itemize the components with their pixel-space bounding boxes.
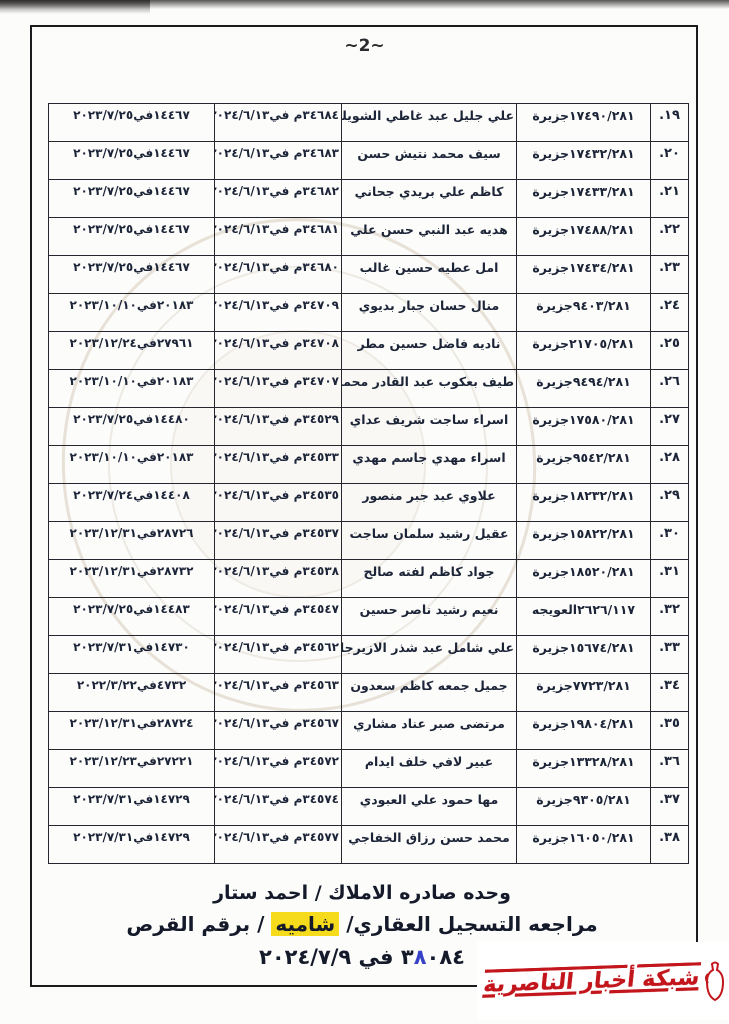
cell-row-number: ٣٠.	[651, 522, 689, 560]
cell-owner-name: نعيم رشيد ناصر حسين	[342, 598, 517, 636]
disc-number-date: في ٢٠٢٤/٧/٩	[259, 945, 401, 969]
registry-review-line: مراجعه التسجيل العقاري/ شاميه / برقم الق…	[30, 912, 694, 936]
cell-owner-name: هديه عبد النبي حسن علي	[342, 218, 517, 256]
scanned-document-page: ~2~ ١٩. ١٧٤٩٠/٢٨١جزيرة علي جليل عبد غاطي…	[0, 0, 729, 1024]
cell-property-number: ٩٤٩٤/٢٨١جزيرة	[517, 370, 651, 408]
cell-reference-number-date: ٢٧٢٢١في٢٠٢٣/١٢/٢٣	[49, 750, 215, 788]
cell-reference-number-date: ١٤٤٦٧في٢٠٢٣/٧/٢٥	[49, 104, 215, 142]
cell-owner-name: كاظم علي بريدي جحاني	[342, 180, 517, 218]
cell-registration-number-date: ٣٤٥٧٧م في٢٠٢٤/٦/١٣	[215, 826, 342, 864]
cell-reference-number-date: ١٤٤٠٨في٢٠٢٣/٧/٢٤	[49, 484, 215, 522]
cell-owner-name: اسراء ساجت شريف عداي	[342, 408, 517, 446]
cell-owner-name: طيف بعكوب عبد القادر محمد	[342, 370, 517, 408]
review-line-suffix: / برقم القرص	[126, 912, 271, 936]
cell-property-number: ١٦٠٥٠/٢٨١جزيرة	[517, 826, 651, 864]
cell-row-number: ٢٣.	[651, 256, 689, 294]
cell-row-number: ٢٦.	[651, 370, 689, 408]
table-row: ٣٨. ١٦٠٥٠/٢٨١جزيرة محمد حسن رزاق الخفاجي…	[49, 826, 689, 864]
cell-row-number: ٣٤.	[651, 674, 689, 712]
cell-owner-name: منال حسان جبار بديوي	[342, 294, 517, 332]
cell-registration-number-date: ٣٤٥٣٧م في٢٠٢٤/٦/١٣	[215, 522, 342, 560]
cell-row-number: ٣٢.	[651, 598, 689, 636]
cell-registration-number-date: ٣٤٥٧٢م في٢٠٢٤/٦/١٣	[215, 750, 342, 788]
table-row: ٣٧. ٩٣٠٥/٢٨١جزيرة مها حمود علي العبودي ٣…	[49, 788, 689, 826]
cell-registration-number-date: ٣٤٥٣٣م في٢٠٢٤/٦/١٣	[215, 446, 342, 484]
table-row: ١٩. ١٧٤٩٠/٢٨١جزيرة علي جليل عبد غاطي الش…	[49, 104, 689, 142]
cell-property-number: ٩٣٠٥/٢٨١جزيرة	[517, 788, 651, 826]
table-row: ٣٢. ٢٦٢٦/١١٧العويجه نعيم رشيد ناصر حسين …	[49, 598, 689, 636]
cell-property-number: ١٧٤٣٤/٢٨١جزيرة	[517, 256, 651, 294]
table-row: ٣٥. ١٩٨٠٤/٢٨١جزيرة مرتضى صبر عناد مشاري …	[49, 712, 689, 750]
cell-reference-number-date: ١٤٧٣٠في٢٠٢٣/٧/٣١	[49, 636, 215, 674]
cell-registration-number-date: ٣٤٧٠٧م في٢٠٢٤/٦/١٣	[215, 370, 342, 408]
cell-owner-name: عقيل رشيد سلمان ساجت	[342, 522, 517, 560]
cell-property-number: ١٥٦٧٤/٢٨١جزيرة	[517, 636, 651, 674]
cell-registration-number-date: ٣٤٧٠٩م في٢٠٢٤/٦/١٣	[215, 294, 342, 332]
cell-reference-number-date: ١٤٧٢٩في٢٠٢٣/٧/٣١	[49, 826, 215, 864]
cell-property-number: ١٨٢٣٢/٢٨١جزيرة	[517, 484, 651, 522]
cell-row-number: ٣٣.	[651, 636, 689, 674]
cell-row-number: ٣٧.	[651, 788, 689, 826]
cell-reference-number-date: ٢٠١٨٣في٢٠٢٣/١٠/١٠	[49, 370, 215, 408]
cell-owner-name: علي شامل عبد شذر الازيرجاوي	[342, 636, 517, 674]
cell-property-number: ١٧٥٨٠/٢٨١جزيرة	[517, 408, 651, 446]
cell-registration-number-date: ٣٤٥٦٣م في٢٠٢٤/٦/١٣	[215, 674, 342, 712]
cell-row-number: ٢١.	[651, 180, 689, 218]
cell-reference-number-date: ١٤٤٦٧في٢٠٢٣/٧/٢٥	[49, 180, 215, 218]
cell-owner-name: مرتضى صبر عناد مشاري	[342, 712, 517, 750]
page-number: ~2~	[0, 36, 729, 56]
cell-property-number: ٩٥٤٢/٢٨١جزيرة	[517, 446, 651, 484]
issuing-unit-line: وحده صادره الاملاك / احمد ستار	[30, 882, 694, 904]
cell-owner-name: محمد حسن رزاق الخفاجي	[342, 826, 517, 864]
table-row: ٢٩. ١٨٢٣٢/٢٨١جزيرة علاوي عبد جبر منصور ٣…	[49, 484, 689, 522]
cell-row-number: ٢٢.	[651, 218, 689, 256]
cell-registration-number-date: ٣٤٧٠٨م في٢٠٢٤/٦/١٣	[215, 332, 342, 370]
cell-reference-number-date: ٢٠١٨٣في٢٠٢٣/١٠/١٠	[49, 294, 215, 332]
cell-property-number: ١٧٤٣٣/٢٨١جزيرة	[517, 180, 651, 218]
property-records-table: ١٩. ١٧٤٩٠/٢٨١جزيرة علي جليل عبد غاطي الش…	[48, 103, 689, 864]
table-row: ٣٣. ١٥٦٧٤/٢٨١جزيرة علي شامل عبد شذر الاز…	[49, 636, 689, 674]
cell-reference-number-date: ٤٧٣٢في٢٠٢٢/٣/٢٢	[49, 674, 215, 712]
cell-property-number: ١٧٤٣٢/٢٨١جزيرة	[517, 142, 651, 180]
cell-registration-number-date: ٣٤٥٦٢م في٢٠٢٤/٦/١٣	[215, 636, 342, 674]
review-line-highlighted-word: شاميه	[271, 912, 339, 936]
table-row: ٣٠. ١٥٨٢٢/٢٨١جزيرة عقيل رشيد سلمان ساجت …	[49, 522, 689, 560]
cell-owner-name: علي جليل عبد غاطي الشويلي	[342, 104, 517, 142]
disc-number-end: ٠٨٤	[427, 945, 465, 969]
records-table-body: ١٩. ١٧٤٩٠/٢٨١جزيرة علي جليل عبد غاطي الش…	[49, 104, 689, 864]
cell-registration-number-date: ٣٤٦٨٠م في٢٠٢٤/٦/١٣	[215, 256, 342, 294]
cell-owner-name: امل عطيه حسين غالب	[342, 256, 517, 294]
cell-registration-number-date: ٣٤٥٧٤م في٢٠٢٤/٦/١٣	[215, 788, 342, 826]
cell-reference-number-date: ١٤٤٨٠في٢٠٢٣/٧/٢٥	[49, 408, 215, 446]
cell-registration-number-date: ٣٤٥٦٧م في٢٠٢٤/٦/١٣	[215, 712, 342, 750]
disc-number-start: ٣	[401, 945, 414, 969]
cell-reference-number-date: ١٤٤٦٧في٢٠٢٣/٧/٢٥	[49, 142, 215, 180]
cell-property-number: ٧٧٢٣/٢٨١جزيرة	[517, 674, 651, 712]
cell-row-number: ٣٨.	[651, 826, 689, 864]
table-row: ٣١. ١٨٥٢٠/٢٨١جزيرة جواد كاظم لفته صالح ٣…	[49, 560, 689, 598]
table-row: ٢٤. ٩٤٠٣/٢٨١جزيرة منال حسان جبار بديوي ٣…	[49, 294, 689, 332]
cell-reference-number-date: ١٤٤٨٣في٢٠٢٣/٧/٢٥	[49, 598, 215, 636]
cell-owner-name: ناديه فاضل حسين مطر	[342, 332, 517, 370]
cell-property-number: ١٣٣٢٨/٢٨١جزيرة	[517, 750, 651, 788]
table-row: ٢٠. ١٧٤٣٢/٢٨١جزيرة سيف محمد نتيش حسن ٣٤٦…	[49, 142, 689, 180]
cell-property-number: ٢١٧٠٥/٢٨١جزيرة	[517, 332, 651, 370]
table-row: ٢٥. ٢١٧٠٥/٢٨١جزيرة ناديه فاضل حسين مطر ٣…	[49, 332, 689, 370]
cell-row-number: ٢٨.	[651, 446, 689, 484]
cell-reference-number-date: ١٤٤٦٧في٢٠٢٣/٧/٢٥	[49, 256, 215, 294]
cell-registration-number-date: ٣٤٦٨١م في٢٠٢٤/٦/١٣	[215, 218, 342, 256]
cell-owner-name: عبير لافي خلف ايدام	[342, 750, 517, 788]
cell-registration-number-date: ٣٤٦٨٣م في٢٠٢٤/٦/١٣	[215, 142, 342, 180]
cell-registration-number-date: ٣٤٥٣٨م في٢٠٢٤/٦/١٣	[215, 560, 342, 598]
disc-number-blue-digit: ٨	[414, 945, 427, 969]
cell-property-number: ٩٤٠٣/٢٨١جزيرة	[517, 294, 651, 332]
cell-property-number: ١٧٤٨٨/٢٨١جزيرة	[517, 218, 651, 256]
scan-corner-artifact	[0, 0, 150, 14]
table-row: ٣٦. ١٣٣٢٨/٢٨١جزيرة عبير لافي خلف ايدام ٣…	[49, 750, 689, 788]
cell-owner-name: اسراء مهدي جاسم مهدي	[342, 446, 517, 484]
cell-reference-number-date: ٢٠١٨٣في٢٠٢٣/١٠/١٠	[49, 446, 215, 484]
cell-row-number: ٣٥.	[651, 712, 689, 750]
table-row: ٢٨. ٩٥٤٢/٢٨١جزيرة اسراء مهدي جاسم مهدي ٣…	[49, 446, 689, 484]
cell-property-number: ١٩٨٠٤/٢٨١جزيرة	[517, 712, 651, 750]
cell-row-number: ٣١.	[651, 560, 689, 598]
table-row: ٣٤. ٧٧٢٣/٢٨١جزيرة جميل جمعه كاظم سعدون ٣…	[49, 674, 689, 712]
table-row: ٢١. ١٧٤٣٣/٢٨١جزيرة كاظم علي بريدي جحاني …	[49, 180, 689, 218]
cell-row-number: ٣٦.	[651, 750, 689, 788]
cell-registration-number-date: ٣٤٥٢٩م في٢٠٢٤/٦/١٣	[215, 408, 342, 446]
cell-reference-number-date: ٢٨٧٢٦في٢٠٢٣/١٢/٣١	[49, 522, 215, 560]
cell-row-number: ٢٧.	[651, 408, 689, 446]
cell-row-number: ١٩.	[651, 104, 689, 142]
table-row: ٢٢. ١٧٤٨٨/٢٨١جزيرة هديه عبد النبي حسن عل…	[49, 218, 689, 256]
cell-reference-number-date: ١٤٤٦٧في٢٠٢٣/٧/٢٥	[49, 218, 215, 256]
cell-registration-number-date: ٣٤٦٨٤م في٢٠٢٤/٦/١٣	[215, 104, 342, 142]
cell-property-number: ١٧٤٩٠/٢٨١جزيرة	[517, 104, 651, 142]
cell-reference-number-date: ١٤٧٢٩في٢٠٢٣/٧/٣١	[49, 788, 215, 826]
cell-reference-number-date: ٢٨٧٣٢في٢٠٢٣/١٢/٣١	[49, 560, 215, 598]
cell-property-number: ٢٦٢٦/١١٧العويجه	[517, 598, 651, 636]
review-line-prefix: مراجعه التسجيل العقاري/	[339, 912, 597, 936]
table-row: ٢٧. ١٧٥٨٠/٢٨١جزيرة اسراء ساجت شريف عداي …	[49, 408, 689, 446]
cell-owner-name: مها حمود علي العبودي	[342, 788, 517, 826]
table-row: ٢٣. ١٧٤٣٤/٢٨١جزيرة امل عطيه حسين غالب ٣٤…	[49, 256, 689, 294]
cell-reference-number-date: ٢٧٩٦١في٢٠٢٣/١٢/٢٤	[49, 332, 215, 370]
jug-icon	[703, 960, 727, 1002]
cell-owner-name: جميل جمعه كاظم سعدون	[342, 674, 517, 712]
cell-row-number: ٢٥.	[651, 332, 689, 370]
cell-row-number: ٢٤.	[651, 294, 689, 332]
cell-owner-name: سيف محمد نتيش حسن	[342, 142, 517, 180]
cell-registration-number-date: ٣٤٦٨٢م في٢٠٢٤/٦/١٣	[215, 180, 342, 218]
cell-row-number: ٢٩.	[651, 484, 689, 522]
cell-owner-name: جواد كاظم لفته صالح	[342, 560, 517, 598]
cell-registration-number-date: ٣٤٥٣٥م في٢٠٢٤/٦/١٣	[215, 484, 342, 522]
cell-owner-name: علاوي عبد جبر منصور	[342, 484, 517, 522]
cell-reference-number-date: ٢٨٧٢٤في٢٠٢٣/١٢/٣١	[49, 712, 215, 750]
cell-registration-number-date: ٣٤٥٤٧م في٢٠٢٤/٦/١٣	[215, 598, 342, 636]
cell-property-number: ١٨٥٢٠/٢٨١جزيرة	[517, 560, 651, 598]
cell-row-number: ٢٠.	[651, 142, 689, 180]
table-row: ٢٦. ٩٤٩٤/٢٨١جزيرة طيف بعكوب عبد القادر م…	[49, 370, 689, 408]
news-network-logo-text: شبكة أخبار الناصرية	[482, 965, 701, 997]
cell-property-number: ١٥٨٢٢/٢٨١جزيرة	[517, 522, 651, 560]
news-network-watermark: شبكة أخبار الناصرية	[477, 942, 729, 1020]
